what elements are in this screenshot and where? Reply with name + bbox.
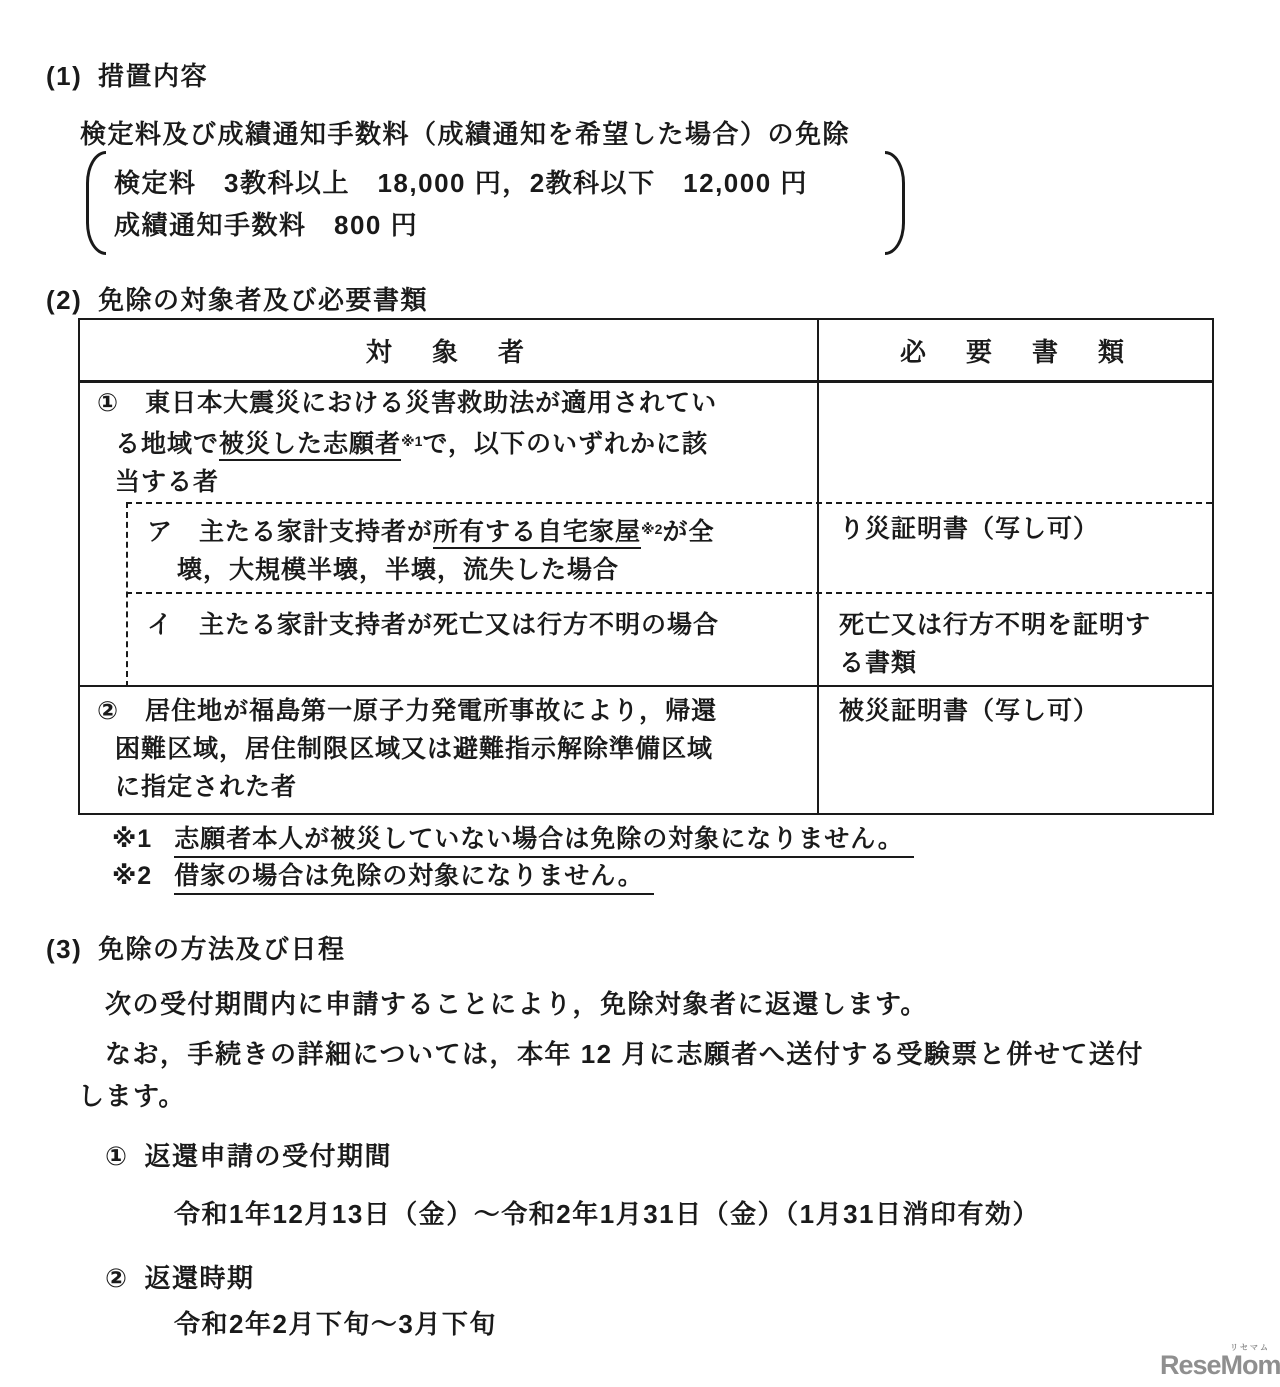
rowA-line1-underlined: 所有する自宅家屋: [433, 518, 641, 549]
table-header-target: 対 象 者: [80, 320, 817, 380]
row1-line1: ① 東日本大震災における災害救助法が適用されてい: [97, 384, 717, 422]
rowB-doc-line2: る書類: [839, 644, 1151, 682]
item-2-label: 返還時期: [145, 1262, 255, 1294]
section3-heading: (3) 免除の方法及び日程: [46, 933, 346, 965]
note-2-marker: ※2: [112, 860, 152, 895]
row2-line2: 困難区域，居住制限区域又は避難指示解除準備区域: [115, 730, 717, 768]
row1-line3: 当する者: [115, 463, 717, 501]
section1-number: (1): [46, 60, 98, 92]
rowA-note2-marker: ※2: [641, 521, 662, 537]
rowA-line2: 壊，大規模半壊，半壊，流失した場合: [177, 551, 714, 589]
section1-title: 措置内容: [98, 60, 208, 92]
item-2-number: ②: [105, 1262, 129, 1294]
table-dashed-line-top: [126, 502, 1212, 504]
item-2-detail: 令和2年2月下旬～3月下旬: [174, 1308, 497, 1340]
note-1-marker: ※1: [112, 823, 152, 858]
section3-paragraph-2-line2: します。: [78, 1080, 186, 1112]
section1-heading: (1) 措置内容: [46, 60, 208, 92]
resemom-watermark: リセマム ReseMom.: [1160, 1342, 1276, 1386]
rowA-line1-pre: ア 主たる家計支持者が: [147, 518, 433, 546]
fee-box-left-bracket: [86, 151, 106, 255]
resemom-logo: ReseMom.: [1160, 1350, 1280, 1381]
rowA-line1: ア 主たる家計支持者が所有する自宅家屋※2が全: [147, 510, 714, 551]
fee-line-2: 成績通知手数料 800 円: [114, 209, 418, 241]
table-subrow-b-document: 死亡又は行方不明を証明す る書類: [839, 606, 1151, 682]
rowA-line1-post: が全: [662, 518, 714, 546]
table-subrow-b-target: イ 主たる家計支持者が死亡又は行方不明の場合: [147, 606, 719, 644]
rowB-doc-line1: 死亡又は行方不明を証明す: [839, 606, 1151, 644]
section2-title: 免除の対象者及び必要書類: [98, 284, 428, 316]
section1-lead: 検定料及び成績通知手数料（成績通知を希望した場合）の免除: [80, 118, 850, 150]
note-2: ※2 借家の場合は免除の対象になりません。: [112, 860, 654, 895]
section3-item-2: ② 返還時期: [105, 1262, 255, 1294]
row1-line2-underlined: 被災した志願者: [219, 430, 401, 461]
note-2-text: 借家の場合は免除の対象になりません。: [174, 860, 654, 895]
section3-number: (3): [46, 933, 98, 965]
section3-title: 免除の方法及び日程: [98, 933, 346, 965]
row2-line3: に指定された者: [115, 768, 717, 806]
row1-line2: る地域で被災した志願者※1で，以下のいずれかに該: [115, 422, 717, 463]
table-header-documents: 必 要 書 類: [819, 320, 1212, 380]
item-1-number: ①: [105, 1140, 129, 1172]
table-row-separator: [80, 685, 1212, 687]
section3-paragraph-2-line1: なお，手続きの詳細については，本年 12 月に志願者へ送付する受験票と併せて送付: [105, 1038, 1144, 1070]
note-1: ※1 志願者本人が被災していない場合は免除の対象になりません。: [112, 823, 914, 858]
row1-line2-post: で，以下のいずれかに該: [422, 430, 708, 458]
document-page: { "colors": {"text": "#1a1a1a", "waterma…: [0, 0, 1280, 1387]
table-column-divider: [817, 320, 819, 813]
section3-item-1: ① 返還申請の受付期間: [105, 1140, 392, 1172]
table-subrow-a-target: ア 主たる家計支持者が所有する自宅家屋※2が全 壊，大規模半壊，半壊，流失した場…: [80, 510, 714, 589]
note-1-text: 志願者本人が被災していない場合は免除の対象になりません。: [174, 823, 914, 858]
row1-line2-pre: る地域で: [115, 430, 219, 458]
table-row-2-target: ② 居住地が福島第一原子力発電所事故により，帰還 困難区域，居住制限区域又は避難…: [80, 692, 717, 806]
item-1-label: 返還申請の受付期間: [145, 1140, 393, 1172]
row1-note1-marker: ※1: [401, 433, 422, 449]
section3-paragraph-1: 次の受付期間内に申請することにより，免除対象者に返還します。: [105, 988, 928, 1020]
fee-box-right-bracket: [885, 151, 905, 255]
item-1-detail: 令和1年12月13日（金）～令和2年1月31日（金）（1月31日消印有効）: [174, 1198, 1040, 1230]
section2-heading: (2) 免除の対象者及び必要書類: [46, 284, 428, 316]
table-subrow-a-document: り災証明書（写し可）: [839, 510, 1099, 548]
row2-line1: ② 居住地が福島第一原子力発電所事故により，帰還: [97, 692, 717, 730]
table-header-separator: [80, 380, 1212, 383]
exemption-table: 対 象 者 必 要 書 類 ① 東日本大震災における災害救助法が適用されてい る…: [78, 318, 1214, 815]
section2-number: (2): [46, 284, 98, 316]
table-row-2-document: 被災証明書（写し可）: [839, 692, 1099, 730]
table-row-1-target: ① 東日本大震災における災害救助法が適用されてい る地域で被災した志願者※1で，…: [80, 384, 717, 501]
fee-line-1: 検定料 3教科以上 18,000 円，2教科以下 12,000 円: [114, 167, 808, 199]
table-dashed-line-middle: [126, 592, 1212, 594]
